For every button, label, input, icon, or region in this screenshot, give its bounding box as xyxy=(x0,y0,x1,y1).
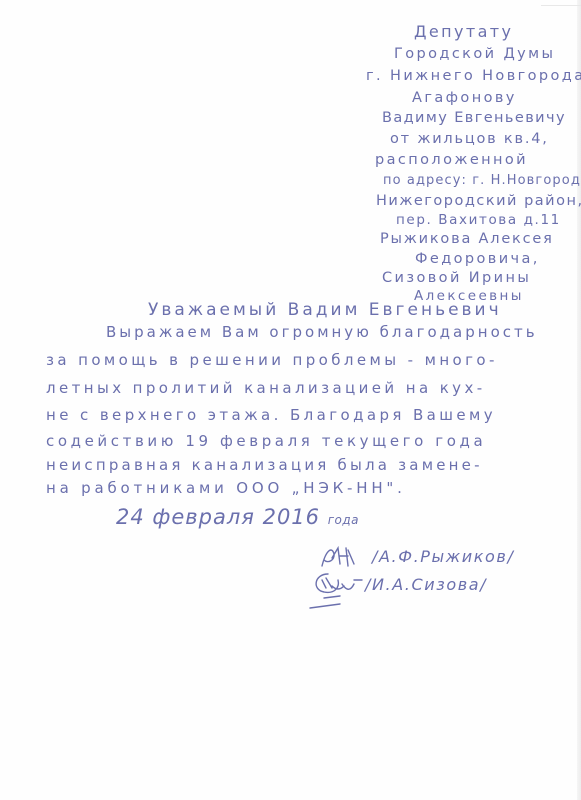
addressee-line: Депутату xyxy=(414,22,513,41)
date-suffix: года xyxy=(328,513,359,527)
page-edge-line xyxy=(541,5,581,6)
body-line: за помощь в решении проблемы - много- xyxy=(46,351,498,369)
addressee-line: Федоровича, xyxy=(415,251,540,267)
date-main: 24 февраля 2016 xyxy=(116,505,320,529)
addressee-line: Сизовой Ирины xyxy=(382,270,531,286)
addressee-line: от жильцов кв.4, xyxy=(390,131,549,147)
body-line: летных пролитий канализацией на кух- xyxy=(46,379,486,397)
addressee-line: расположенной xyxy=(375,152,528,168)
addressee-line: по адресу: г. Н.Новгород xyxy=(383,173,581,188)
addressee-line: Рыжикова Алексея xyxy=(380,231,554,247)
signature-name: /А.Ф.Рыжиков/ xyxy=(372,547,514,566)
addressee-line: Агафонову xyxy=(412,90,517,106)
addressee-line: пер. Вахитова д.11 xyxy=(396,212,561,228)
letter-date: 24 февраля 2016 года xyxy=(116,505,359,529)
body-line: не с верхнего этажа. Благодаря Вашему xyxy=(46,406,496,424)
body-line: Выражаем Вам огромную благодарность xyxy=(106,323,538,341)
body-line: содействию 19 февраля текущего года xyxy=(46,432,486,450)
addressee-line: Городской Думы xyxy=(394,46,555,62)
addressee-line: Нижегородский район, xyxy=(376,193,581,209)
greeting: Уважаемый Вадим Евгеньевич xyxy=(148,300,502,320)
signature-mark-rizhikov xyxy=(318,544,358,570)
letter-page: Депутату Городской Думы г. Нижнего Новго… xyxy=(0,0,581,800)
signature-name: /И.А.Сизова/ xyxy=(365,575,487,594)
body-line: на работниками ООО „НЭК-НН". xyxy=(46,479,406,497)
addressee-line: Вадиму Евгеньевичу xyxy=(382,110,566,126)
addressee-line: г. Нижнего Новгорода xyxy=(366,68,581,84)
body-line: неисправная канализация была замене- xyxy=(46,456,483,474)
page-edge-shadow xyxy=(577,0,581,800)
